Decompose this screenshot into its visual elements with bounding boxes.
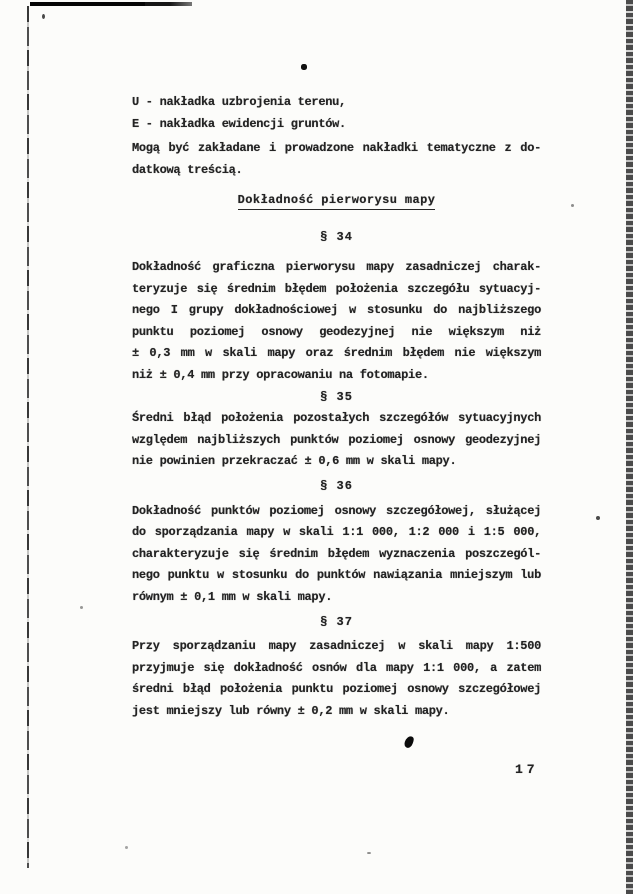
section-number-35: § 35	[132, 387, 541, 409]
paragraph-line: nie powinien przekraczać ± 0,6 mm w skal…	[132, 451, 541, 473]
overlay-list-item-e: E - nakładka ewidencji gruntów.	[132, 114, 541, 136]
paragraph-line: Przy sporządzaniu mapy zasadniczej w ska…	[132, 636, 541, 658]
section-number-36: § 36	[132, 476, 541, 498]
paragraph-line: Mogą być zakładane i prowadzone nakładki…	[132, 138, 541, 160]
paragraph-34: Dokładność graficzna pierworysu mapy zas…	[132, 257, 541, 387]
scan-speck	[125, 846, 128, 849]
paragraph-line: przyjmuje się dokładność osnów dla mapy …	[132, 658, 541, 680]
scan-speck	[42, 14, 45, 19]
paragraph-line: punktu poziomej osnowy geodezyjnej nie w…	[132, 322, 541, 344]
paragraph-37: Przy sporządzaniu mapy zasadniczej w ska…	[132, 636, 541, 722]
paragraph-line: średni błąd położenia punktu poziomej os…	[132, 679, 541, 701]
paragraph-line: równym ± 0,1 mm w skali mapy.	[132, 587, 541, 609]
scan-artifact-right-edge	[626, 0, 633, 894]
scan-speck	[571, 204, 574, 207]
paragraph-35: Średni błąd położenia pozostałych szczeg…	[132, 408, 541, 473]
scan-artifact-binding-line	[27, 6, 29, 868]
scan-speck	[367, 852, 371, 854]
overlay-list-item-u: U - nakładka uzbrojenia terenu,	[132, 92, 541, 114]
paragraph-line: Dokładność graficzna pierworysu mapy zas…	[132, 257, 541, 279]
paragraph-line: Średni błąd położenia pozostałych szczeg…	[132, 408, 541, 430]
paragraph-line: datkową treścią.	[132, 160, 541, 182]
paragraph-line: nego punktu w stosunku do punktów nawiąz…	[132, 565, 541, 587]
section-number-37: § 37	[132, 612, 541, 634]
paragraph-36: Dokładność punktów poziomej osnowy szcze…	[132, 501, 541, 609]
paragraph-line: charakteryzuje się średnim błędem wyznac…	[132, 544, 541, 566]
document-text-column: U - nakładka uzbrojenia terenu, E - nakł…	[132, 0, 541, 722]
paragraph-line: nego I grupy dokładnościowej w stosunku …	[132, 300, 541, 322]
heading-title: Dokładność pierworysu mapy	[238, 193, 436, 210]
paragraph-line: niż ± 0,4 mm przy opracowaniu na fotomap…	[132, 365, 541, 387]
scanned-document-page: U - nakładka uzbrojenia terenu, E - nakł…	[0, 0, 633, 894]
paragraph-line: ± 0,3 mm w skali mapy oraz średnim błęde…	[132, 343, 541, 365]
section-heading: Dokładność pierworysu mapy	[132, 193, 541, 215]
intro-paragraph: Mogą być zakładane i prowadzone nakładki…	[132, 138, 541, 181]
paragraph-line: teryzuje się średnim błędem położenia sz…	[132, 279, 541, 301]
scan-artifact-ink-blot	[403, 735, 414, 749]
scan-speck	[80, 606, 83, 609]
paragraph-line: względem najbliższych punktów poziomej o…	[132, 430, 541, 452]
paragraph-line: Dokładność punktów poziomej osnowy szcze…	[132, 501, 541, 523]
paragraph-line: do sporządzania mapy w skali 1:1 000, 1:…	[132, 522, 541, 544]
page-number: 17	[515, 762, 539, 778]
paragraph-line: jest mniejszy lub równy ± 0,2 mm w skali…	[132, 701, 541, 723]
scan-speck	[596, 516, 600, 520]
section-number-34: § 34	[132, 227, 541, 249]
